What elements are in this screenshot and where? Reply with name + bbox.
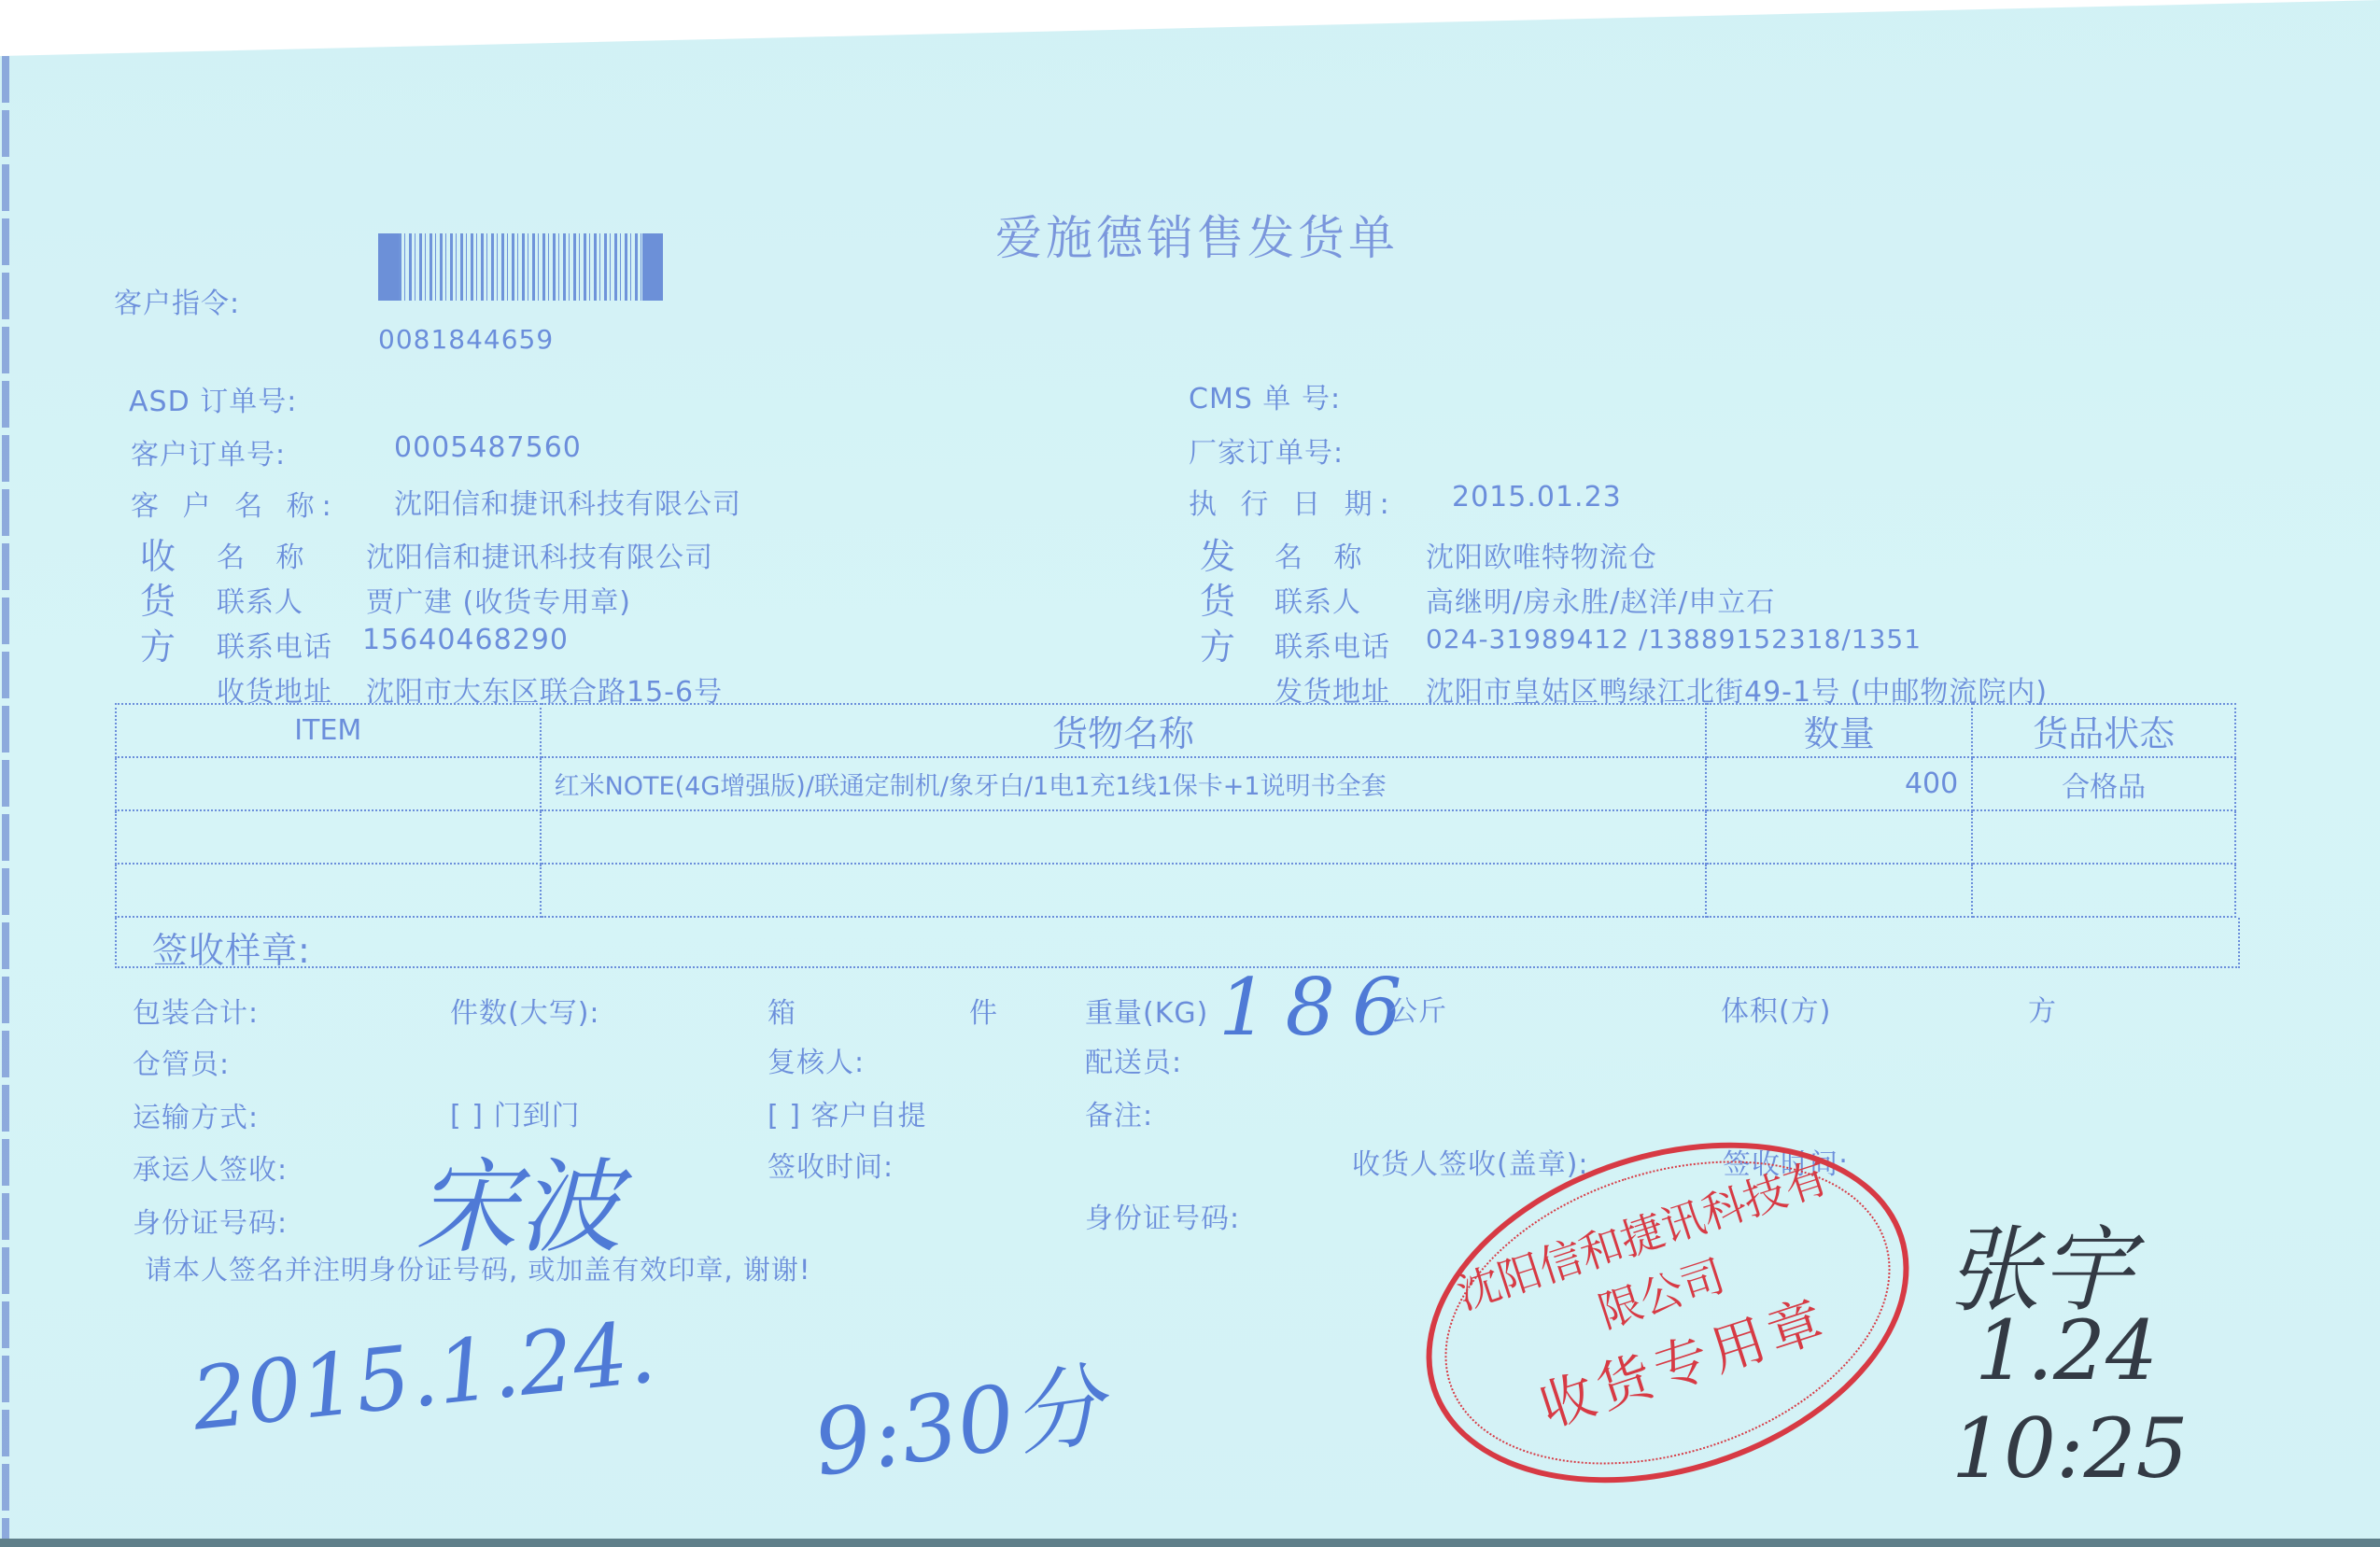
consignee-handwritten-date: 1.24 [1975,1302,2158,1399]
remark-label: 备注: [1085,1092,1153,1133]
sign-sample-label: 签收样章: [152,921,311,973]
self-pickup-option: [ ] 客户自提 [768,1092,926,1133]
sender-contact: 高继明/房永胜/赵洋/申立石 [1426,579,1775,620]
volume-label: 体积(方) [1721,988,1831,1029]
checker-label: 复核人: [768,1039,865,1080]
sender-contact-label: 联系人 [1274,579,1361,620]
header-quantity: 数量 [1706,704,1972,757]
cell-status: 合格品 [1972,757,2235,810]
piece-label: 件 [969,990,998,1031]
goods-table: ITEM 货物名称 数量 货品状态 红米NOTE(4G增强版)/联通定制机/象牙… [115,703,2236,918]
table-row: 红米NOTE(4G增强版)/联通定制机/象牙白/1电1充1线1保卡+1说明书全套… [116,757,2235,810]
customer-instruction-label: 客户指令: [114,280,240,321]
scan-edge [0,1539,2380,1547]
sign-notice: 请本人签名并注明身份证号码, 或加盖有效印章, 谢谢! [145,1249,811,1287]
cell-goods-name [541,810,1707,864]
customer-name-value: 沈阳信和捷讯科技有限公司 [394,481,741,522]
factory-order-label: 厂家订单号: [1189,429,1344,471]
receiver-side-label-2: 货 [140,572,176,624]
table-header-row: ITEM 货物名称 数量 货品状态 [116,704,2235,757]
sender-side-label-2: 货 [1200,572,1236,624]
cell-item [116,810,541,864]
receiver-name-label: 名 称 [217,534,316,575]
receiver-phone: 15640468290 [362,624,569,656]
consignee-sign-label: 收货人签收(盖章): [1352,1141,1589,1182]
customer-name-label: 客 户 名 称: [131,483,339,524]
sender-phone: 024-31989412 /13889152318/1351 [1426,624,1922,654]
receiver-contact-label: 联系人 [217,579,303,620]
sender-phone-label: 联系电话 [1274,624,1390,665]
barcode [378,233,663,301]
receiver-name: 沈阳信和捷讯科技有限公司 [366,534,713,575]
receiver-side-label-1: 收 [140,527,176,579]
cell-quantity [1706,810,1972,864]
sender-side-label-3: 方 [1200,618,1236,669]
table-row [116,864,2235,917]
asd-order-label: ASD 订单号: [129,378,297,419]
cell-goods-name: 红米NOTE(4G增强版)/联通定制机/象牙白/1电1充1线1保卡+1说明书全套 [541,757,1707,810]
table-row [116,810,2235,864]
receiver-side-label-3: 方 [140,618,176,669]
cell-goods-name [541,864,1707,917]
sender-name: 沈阳欧唯特物流仓 [1426,534,1657,575]
document-title: 爱施德销售发货单 [995,201,1399,268]
cell-status [1972,864,2235,917]
delivery-person-label: 配送员: [1085,1039,1182,1080]
sender-side-label-1: 发 [1200,527,1236,579]
box-label: 箱 [768,990,796,1031]
warehouse-keeper-label: 仓管员: [133,1041,230,1082]
receiver-phone-label: 联系电话 [217,624,332,665]
header-status: 货品状态 [1972,704,2235,757]
packing-total-label: 包装合计: [133,990,259,1031]
header-item: ITEM [116,704,541,757]
cell-item [116,864,541,917]
execution-date-label: 执 行 日 期: [1189,481,1397,522]
sender-name-label: 名 称 [1274,534,1373,575]
sign-sample-area: 签收样章: [115,918,2240,968]
cell-item [116,757,541,810]
execution-date-value: 2015.01.23 [1452,481,1622,513]
cms-order-label: CMS 单 号: [1189,375,1341,416]
pieces-label: 件数(大写): [450,990,600,1031]
carrier-sign-time-label: 签收时间: [768,1144,894,1185]
cell-quantity: 400 [1706,757,1972,810]
header-goods-name: 货物名称 [541,704,1707,757]
customer-order-label: 客户订单号: [131,431,286,472]
weight-unit: 公斤 [1389,988,1447,1029]
perforated-edge [2,56,9,1547]
customer-order-value: 0005487560 [394,431,582,464]
consignee-handwritten-time: 10:25 [1951,1400,2189,1497]
transport-label: 运输方式: [133,1094,259,1135]
cell-status [1972,810,2235,864]
barcode-number: 0081844659 [378,324,554,355]
volume-unit: 方 [2028,988,2057,1029]
consignee-id-label: 身份证号码: [1085,1195,1240,1236]
cell-quantity [1706,864,1972,917]
weight-label: 重量(KG) [1085,990,1208,1031]
carrier-id-label: 身份证号码: [133,1200,288,1241]
carrier-sign-label: 承运人签收: [133,1146,288,1188]
receiver-contact: 贾广建 (收货专用章) [366,579,631,620]
